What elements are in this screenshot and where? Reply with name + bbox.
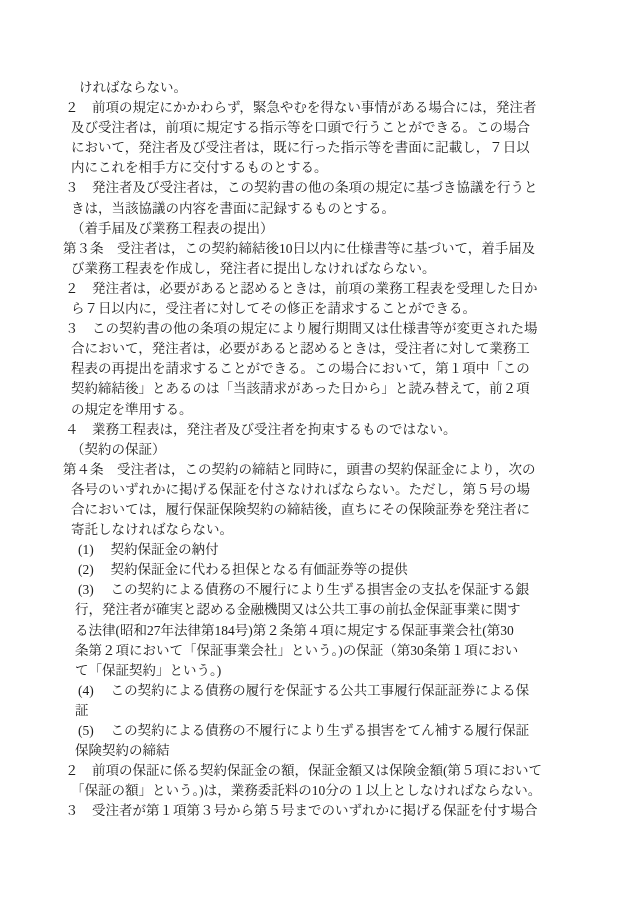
text-line: において，発注者及び受注者は，既に行った指示等を書面に記載し，７日以 bbox=[63, 138, 603, 158]
text-line: きは，当該協議の内容を書面に記録するものとする。 bbox=[63, 199, 603, 219]
text-line: て「保証契約」という。) bbox=[63, 661, 603, 681]
text-line: (5) この契約による債務の不履行により生ずる損害をてん補する履行保証 bbox=[63, 721, 603, 741]
document-page: ければならない。２ 前項の規定にかかわらず，緊急やむを得ない事情がある場合には，… bbox=[0, 0, 630, 903]
text-line: （着手届及び業務工程表の提出） bbox=[63, 219, 603, 239]
text-line: 各号のいずれかに掲げる保証を付さなければならない。ただし，第５号の場 bbox=[63, 480, 603, 500]
text-line: 寄託しなければならない。 bbox=[63, 520, 603, 540]
text-line: ２ 発注者は，必要があると認めるときは，前項の業務工程表を受理した日か bbox=[63, 279, 603, 299]
text-line: ２ 前項の規定にかかわらず，緊急やむを得ない事情がある場合には，発注者 bbox=[63, 98, 603, 118]
text-line: (4) この契約による債務の履行を保証する公共工事履行保証証券による保 bbox=[63, 681, 603, 701]
text-line: (2) 契約保証金に代わる担保となる有価証券等の提供 bbox=[63, 560, 603, 580]
text-line: ３ 発注者及び受注者は，この契約書の他の条項の規定に基づき協議を行うと bbox=[63, 178, 603, 198]
contract-body-text: ければならない。２ 前項の規定にかかわらず，緊急やむを得ない事情がある場合には，… bbox=[63, 78, 603, 821]
text-line: ３ 受注者が第１項第３号から第５号までのいずれかに掲げる保証を付す場合 bbox=[63, 801, 603, 821]
text-line: び業務工程表を作成し，発注者に提出しなければならない。 bbox=[63, 259, 603, 279]
text-line: ２ 前項の保証に係る契約保証金の額，保証金額又は保険金額(第５項において bbox=[63, 761, 603, 781]
text-line: 「保証の額」という。)は，業務委託料の10分の１以上としなければならない。 bbox=[63, 781, 603, 801]
text-line: 内にこれを相手方に交付するものとする。 bbox=[63, 158, 603, 178]
text-line: ければならない。 bbox=[63, 78, 603, 98]
text-line: 程表の再提出を請求することができる。この場合において，第１項中「この bbox=[63, 359, 603, 379]
text-line: 契約締結後」とあるのは「当該請求があった日から」と読み替えて，前２項 bbox=[63, 379, 603, 399]
text-line: 及び受注者は，前項に規定する指示等を口頭で行うことができる。この場合 bbox=[63, 118, 603, 138]
text-line: （契約の保証） bbox=[63, 440, 603, 460]
text-line: 条第２項において「保証事業会社」という。)の保証（第30条第１項におい bbox=[63, 641, 603, 661]
text-line: の規定を準用する。 bbox=[63, 400, 603, 420]
text-line: 第４条 受注者は，この契約の締結と同時に，頭書の契約保証金により，次の bbox=[63, 460, 603, 480]
text-line: ら７日以内に，受注者に対してその修正を請求することができる。 bbox=[63, 299, 603, 319]
text-line: 証 bbox=[63, 701, 603, 721]
text-line: ３ この契約書の他の条項の規定により履行期間又は仕様書等が変更された場 bbox=[63, 319, 603, 339]
text-line: 第３条 受注者は，この契約締結後10日以内に仕様書等に基づいて，着手届及 bbox=[63, 239, 603, 259]
text-line: (3) この契約による債務の不履行により生ずる損害金の支払を保証する銀 bbox=[63, 580, 603, 600]
text-line: 合においては，履行保証保険契約の締結後，直ちにその保険証券を発注者に bbox=[63, 500, 603, 520]
text-line: 行，発注者が確実と認める金融機関又は公共工事の前払金保証事業に関す bbox=[63, 600, 603, 620]
text-line: 保険契約の締結 bbox=[63, 741, 603, 761]
text-line: 合において，発注者は，必要があると認めるときは，受注者に対して業務工 bbox=[63, 339, 603, 359]
text-line: (1) 契約保証金の納付 bbox=[63, 540, 603, 560]
text-line: る法律(昭和27年法律第184号)第２条第４項に規定する保証事業会社(第30 bbox=[63, 621, 603, 641]
text-line: ４ 業務工程表は，発注者及び受注者を拘束するものではない。 bbox=[63, 420, 603, 440]
